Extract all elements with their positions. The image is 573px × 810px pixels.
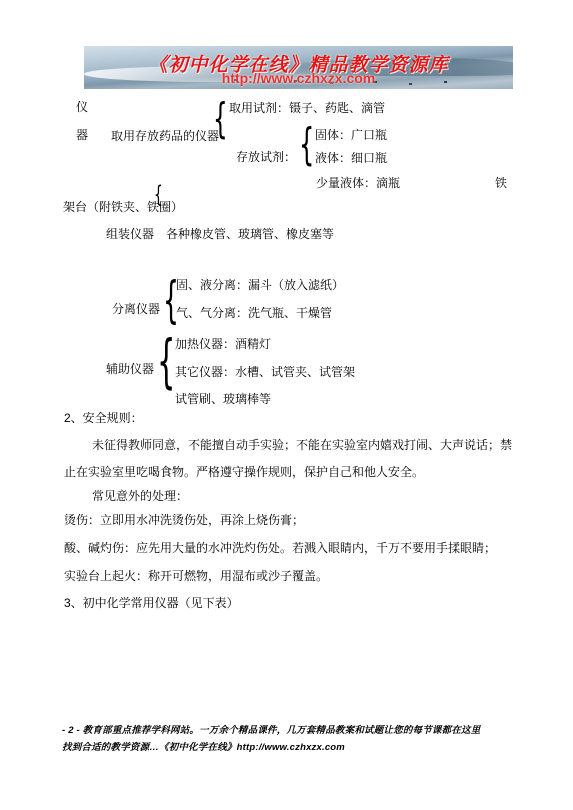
document-page: 《初中化学在线》精品教学资源库 http://www.czhxzx.com 仪 … [0, 0, 573, 810]
accident-title: 常见意外的处理： [92, 488, 188, 504]
diagram-wrap-char-iron: 铁 [495, 175, 507, 191]
diagram-label-store: 存放试剂： [236, 149, 296, 165]
diagram-brace-aux: { [157, 332, 175, 390]
diagram-line-take-reagent: 取用试剂：镊子、药匙、滴管 [229, 100, 385, 116]
diagram-line-gas-gas-sep: 气、气分离：洗气瓶、干燥管 [176, 305, 332, 321]
footer-line-1: - 2 - 教育部重点推荐学科网站。一万余个精品课件，几万套精品教案和试题让您的… [62, 722, 480, 739]
safety-paragraph-line-1: 未征得教师同意，不能擅自动手实验；不能在实验室内嬉戏打闹、大声说话；禁 [92, 437, 512, 453]
diagram-line-other: 其它仪器：水槽、试管夹、试管架 [175, 364, 355, 380]
safety-section-title: 2、安全规则： [64, 410, 143, 426]
diagram-root-char-2: 器 [76, 127, 88, 143]
banner-url: http://www.czhxzx.com [84, 70, 513, 86]
diagram-line-small-liquid: 少量液体：滴瓶 [316, 175, 400, 191]
diagram-label-separate: 分离仪器 [112, 301, 160, 317]
diagram-label-aux: 辅助仪器 [106, 361, 154, 377]
banner-image: 《初中化学在线》精品教学资源库 http://www.czhxzx.com [84, 46, 513, 89]
accident-fire-line: 实验台上起火：称开可燃物，用湿布或沙子覆盖。 [64, 568, 328, 584]
accident-acid-line: 酸、碱灼伤：应先用大量的水冲洗灼伤处。若溅入眼睛内，千万不要用手揉眼睛； [64, 540, 496, 556]
diagram-line-assemble: 组装仪器 各种橡皮管、玻璃管、橡皮塞等 [106, 226, 334, 242]
diagram-label-take-store: 取用存放药品的仪器 [111, 128, 219, 144]
diagram-line-heating: 加热仪器：酒精灯 [175, 336, 271, 352]
accident-burn-line: 烫伤：立即用水冲洗烫伤处，再涂上烧伤膏； [64, 512, 304, 528]
diagram-line-liquid: 液体：细口瓶 [315, 150, 387, 166]
diagram-root-char-1: 仪 [76, 99, 88, 115]
diagram-brace-store: { [299, 123, 314, 167]
diagram-line-solid-liquid-sep: 固、液分离：漏斗（放入滤纸） [176, 277, 344, 293]
diagram-line-solid: 固体：广口瓶 [315, 127, 387, 143]
diagram-line-brush: 试管刷、玻璃棒等 [175, 391, 271, 407]
diagram-line-iron-stand: 架台（附铁夹、铁圈） [63, 199, 183, 215]
footer-line-2: 找到合适的教学资源…《初中化学在线》http://www.czhxzx.com [62, 739, 345, 756]
section3-title: 3、初中化学常用仪器（见下表） [64, 595, 239, 611]
safety-paragraph-line-2: 止在实验室里吃喝食物。严格遵守操作规则，保护自己和他人安全。 [64, 464, 424, 480]
